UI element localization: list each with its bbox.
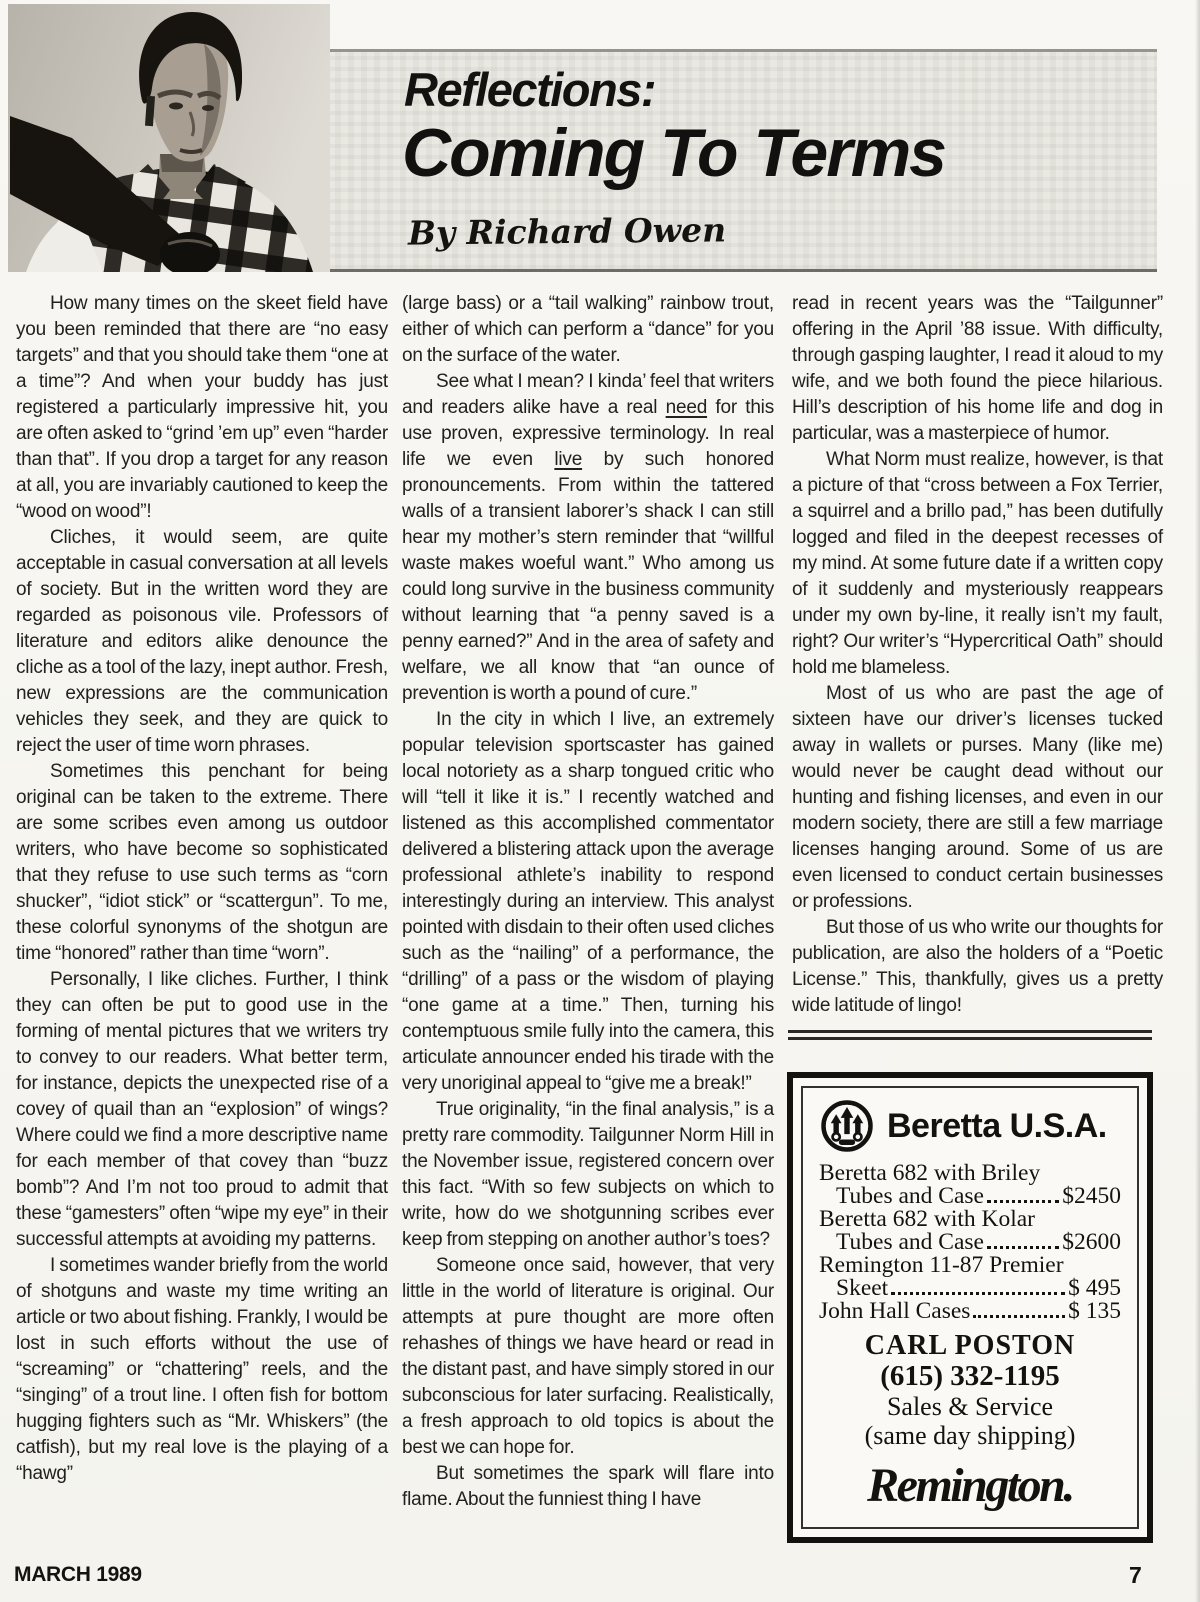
ad-item-label: Beretta 682 with Briley [819, 1162, 1040, 1185]
ad-item-label: Tubes and Case [836, 1231, 984, 1254]
article-paragraph: But sometimes the spark will flare into … [402, 1461, 774, 1513]
page-number: 7 [1129, 1562, 1142, 1589]
ad-item-label: Tubes and Case [836, 1185, 984, 1208]
ad-contact-shipping: (same day shipping) [819, 1421, 1121, 1450]
dot-leader [987, 1246, 1059, 1249]
ad-price-row: Beretta 682 with Briley [819, 1162, 1121, 1185]
page-title: Coming To Terms [402, 114, 945, 192]
ad-contact-name: CARL POSTON [819, 1331, 1121, 1361]
article-paragraph: See what I mean? I kinda’ feel that writ… [402, 369, 774, 707]
ad-price-row: Tubes and Case$2450 [819, 1185, 1121, 1208]
article-paragraph: How many times on the skeet field have y… [16, 291, 388, 525]
article-paragraph: Cliches, it would seem, are quite accept… [16, 525, 388, 759]
article-paragraph: Sometimes this penchant for being origin… [16, 759, 388, 967]
ad-item-price: $2450 [1062, 1185, 1121, 1208]
dot-leader [891, 1292, 1065, 1295]
article-paragraph: Most of us who are past the age of sixte… [792, 681, 1163, 915]
dot-leader [973, 1315, 1065, 1318]
man-with-shotgun-photo [8, 4, 330, 272]
section-kicker: Reflections: [404, 62, 655, 117]
ad-brand-name: Beretta U.S.A. [887, 1107, 1107, 1146]
dot-leader [987, 1200, 1059, 1203]
ad-price-row: Remington 11-87 Premier [819, 1254, 1121, 1277]
article-paragraph: (large bass) or a “tail walking” rainbow… [402, 291, 774, 369]
scan-edge-shadow [1195, 0, 1200, 1602]
article-column-1: How many times on the skeet field have y… [16, 291, 388, 1487]
article-paragraph: Someone once said, however, that very li… [402, 1253, 774, 1461]
ad-header: Beretta U.S.A. [819, 1098, 1121, 1154]
issue-date: MARCH 1989 [14, 1563, 142, 1587]
article-column-2: (large bass) or a “tail walking” rainbow… [402, 291, 774, 1513]
ad-item-label: John Hall Cases [819, 1300, 970, 1323]
ad-item-price: $ 495 [1068, 1277, 1121, 1300]
beretta-ad: Beretta U.S.A. Beretta 682 with BrileyTu… [787, 1072, 1153, 1543]
ad-item-label: Beretta 682 with Kolar [819, 1208, 1035, 1231]
beretta-ad-inner: Beretta U.S.A. Beretta 682 with BrileyTu… [801, 1086, 1139, 1529]
divider-rule [788, 1030, 1152, 1040]
ad-price-row: Skeet$ 495 [819, 1277, 1121, 1300]
ad-price-row: Tubes and Case$2600 [819, 1231, 1121, 1254]
article-paragraph: What Norm must realize, however, is that… [792, 447, 1163, 681]
ad-item-label: Skeet [836, 1277, 888, 1300]
ad-contact-block: CARL POSTON (615) 332-1195 Sales & Servi… [819, 1331, 1121, 1450]
article-paragraph: I sometimes wander briefly from the worl… [16, 1253, 388, 1487]
ad-contact-service: Sales & Service [819, 1392, 1121, 1421]
article-paragraph: read in recent years was the “Tailgunner… [792, 291, 1163, 447]
ad-contact-phone: (615) 332-1195 [819, 1361, 1121, 1392]
ad-item-label: Remington 11-87 Premier [819, 1254, 1064, 1277]
ad-price-row: John Hall Cases$ 135 [819, 1300, 1121, 1323]
article-paragraph: But those of us who write our thoughts f… [792, 915, 1163, 1019]
ad-item-price: $ 135 [1068, 1300, 1121, 1323]
article-paragraph: In the city in which I live, an extremel… [402, 707, 774, 1097]
author-photo [8, 4, 330, 272]
byline: By Richard Owen [408, 210, 726, 252]
article-column-3: read in recent years was the “Tailgunner… [792, 291, 1163, 1019]
ad-price-row: Beretta 682 with Kolar [819, 1208, 1121, 1231]
ad-price-list: Beretta 682 with BrileyTubes and Case$24… [819, 1162, 1121, 1323]
article-paragraph: Personally, I like cliches. Further, I t… [16, 967, 388, 1253]
ad-item-price: $2600 [1062, 1231, 1121, 1254]
magazine-page: Reflections: Coming To Terms By Richard … [0, 0, 1200, 1602]
beretta-trident-logo-icon [819, 1098, 875, 1154]
remington-logo: Remington. [819, 1458, 1121, 1513]
article-paragraph: True originality, “in the final analysis… [402, 1097, 774, 1253]
